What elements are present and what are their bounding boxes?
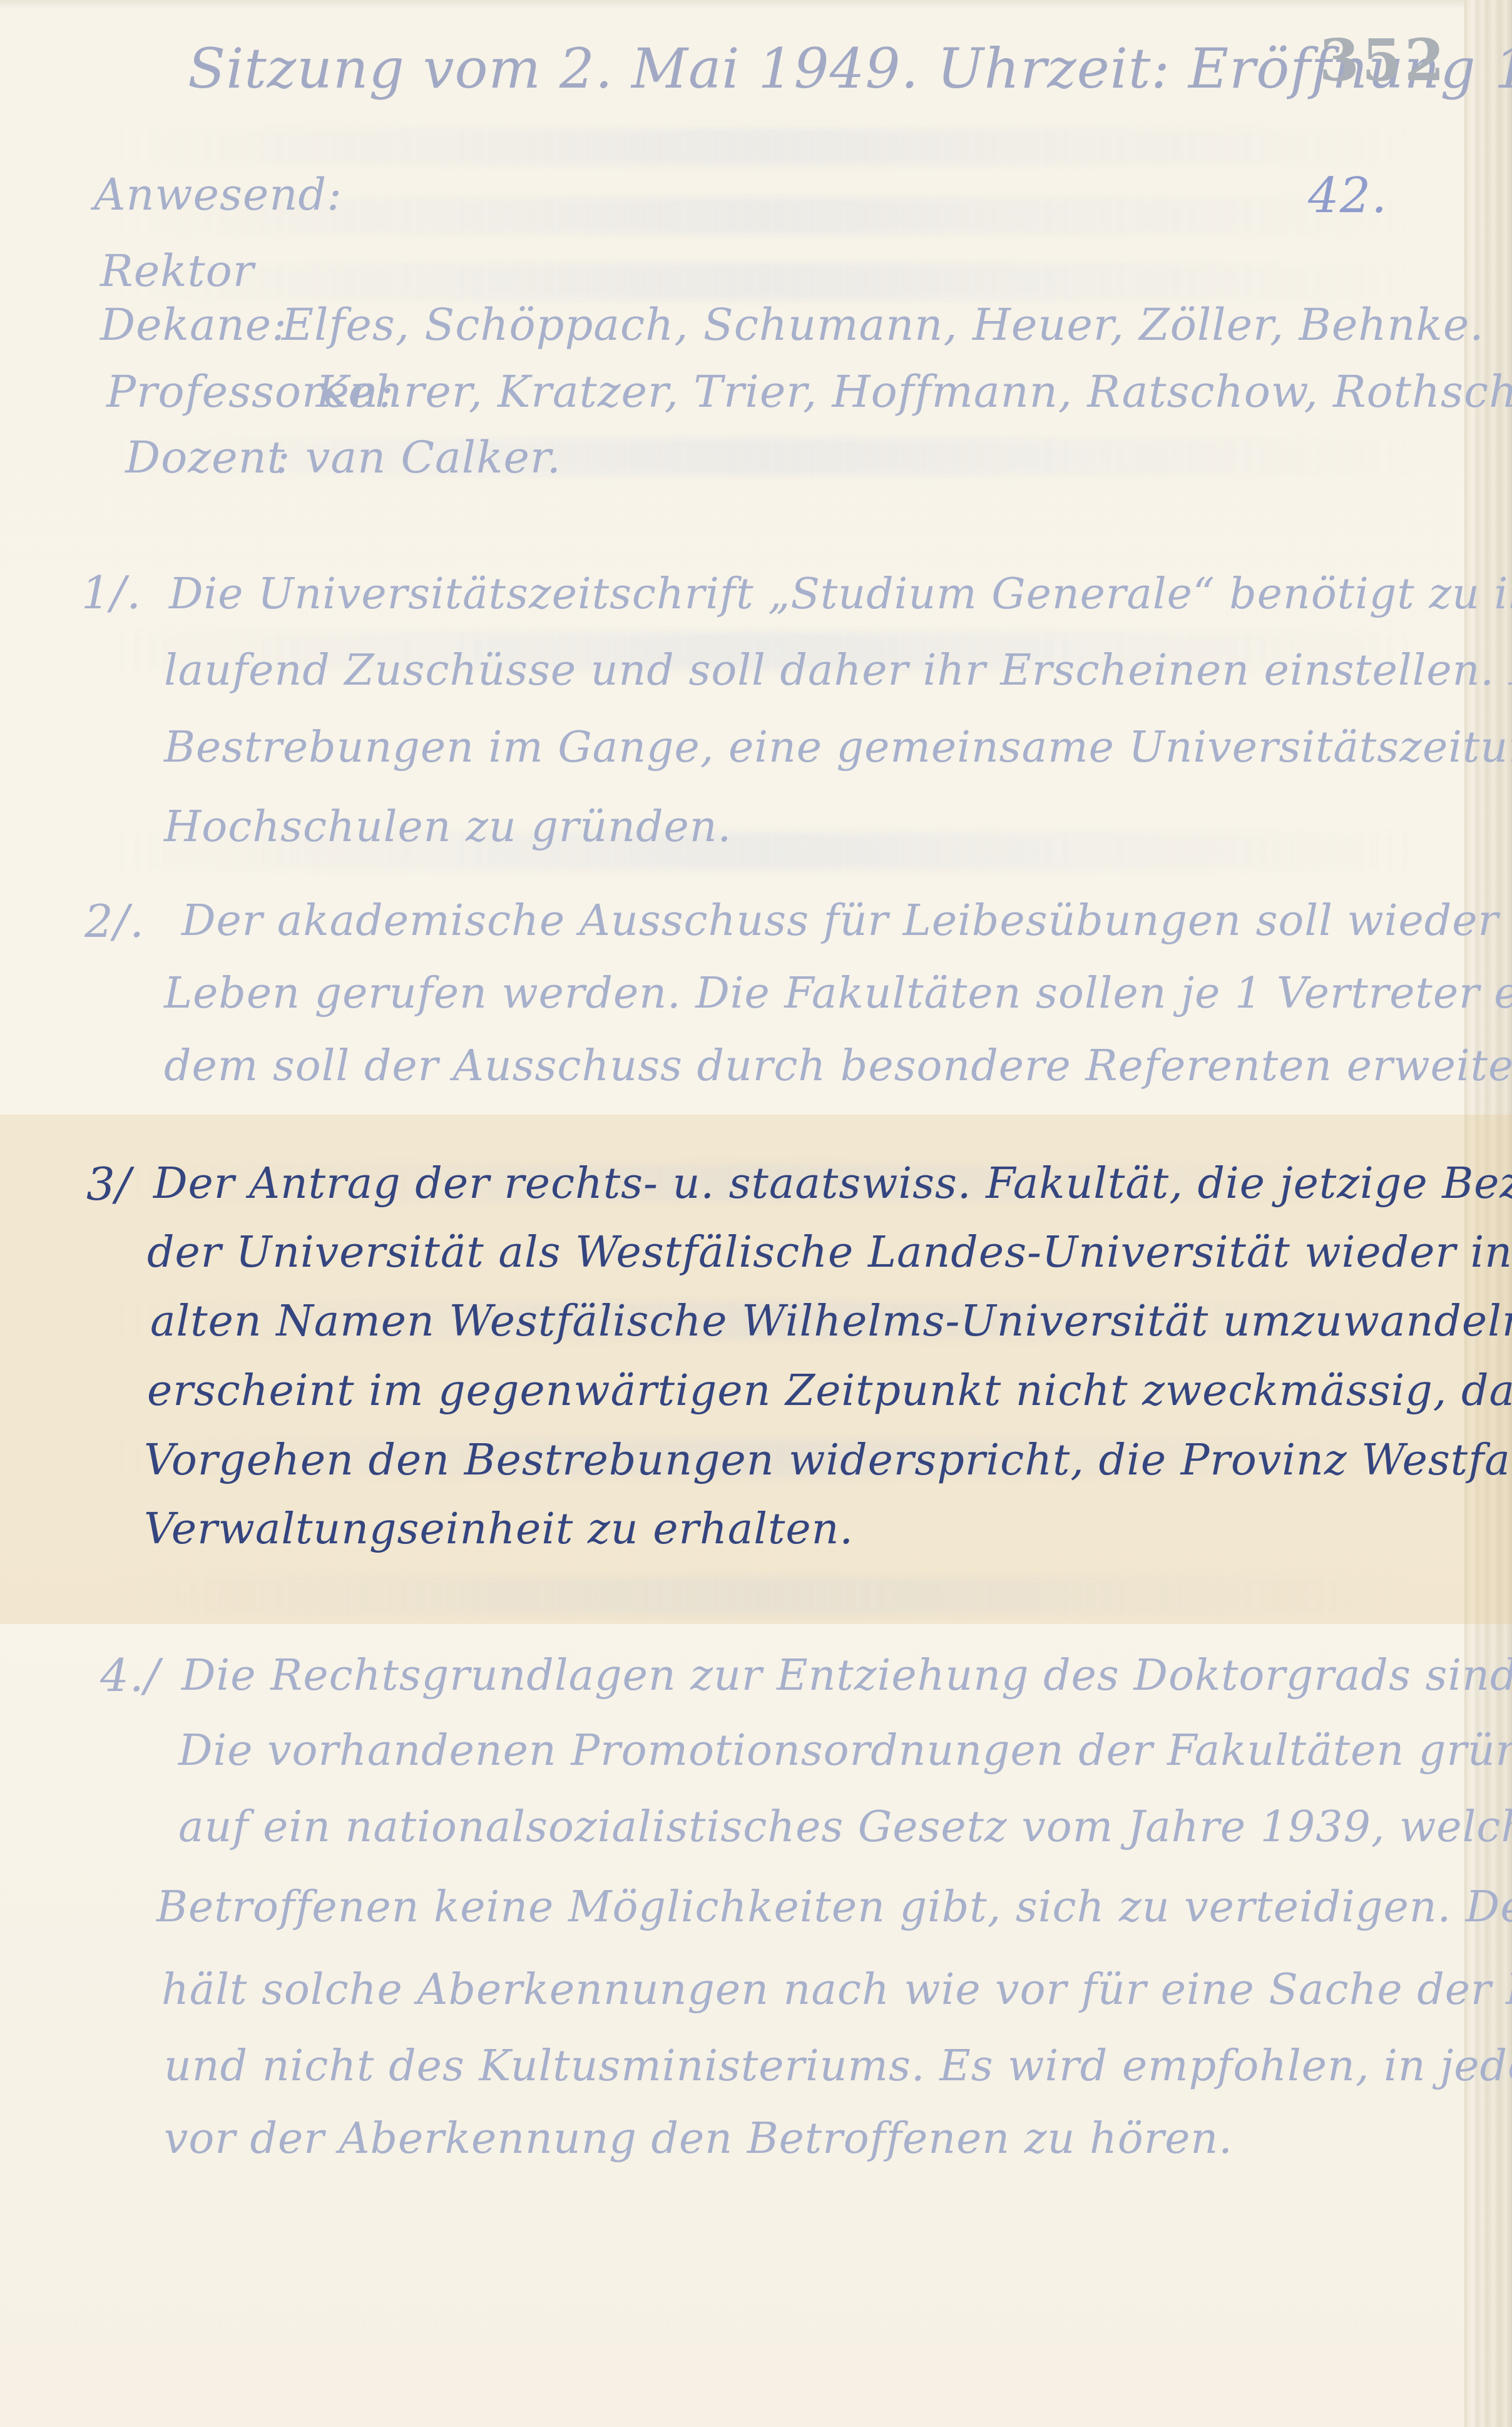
item-number: 2/. [84,895,145,948]
attendance-role-dekane: Dekane: [100,299,287,350]
item-2-line: Leben gerufen werden. Die Fakultäten sol… [164,969,1512,1018]
attendance-role-dozent: Dozent [125,432,285,483]
attendance-label: Anwesend: [94,169,342,220]
bleed-through [113,263,1414,300]
item-1-line: laufend Zuschüsse und soll daher ihr Ers… [164,646,1512,695]
item-4-line: hält solche Aberkennungen nach wie vor f… [161,1965,1512,2015]
item-3-line: alten Namen Westfälische Wilhelms-Univer… [150,1297,1512,1346]
item-1-line: Die Universitätszeitschrift „Studium Gen… [169,570,1512,619]
item-1-line: Bestrebungen im Gange, eine gemeinsame U… [164,723,1512,772]
item-1-line: Hochschulen zu gründen. [164,802,732,852]
item-number: 4./ [100,1649,160,1702]
item-2-line: dem soll der Ausschuss durch besondere R… [164,1041,1512,1091]
attendance-role-rektor: Rektor [100,245,254,297]
meeting-title: Sitzung vom 2. Mai 1949. Uhrzeit: Eröffn… [188,36,1512,101]
item-4-line: vor der Aberkennung den Betroffenen zu h… [164,2114,1233,2164]
item-4-line: Die Rechtsgrundlagen zur Entziehung des … [181,1651,1512,1700]
item-number: 3/ [86,1158,131,1210]
item-number: 1/. [81,566,141,619]
item-3-line: der Universität als Westfälische Landes-… [147,1228,1512,1277]
page-number-stamp: 352 [1319,26,1447,94]
item-3-line: Vorgehen den Bestrebungen widerspricht, … [144,1436,1512,1485]
margin-number: 42. [1308,168,1387,224]
bleed-through [113,1577,1414,1615]
item-4-line: Betroffenen keine Möglichkeiten gibt, si… [156,1883,1512,1932]
item-3-line: Verwaltungseinheit zu erhalten. [144,1505,854,1554]
attendance-names-professoren: Kehrer, Kratzer, Trier, Hoffmann, Ratsch… [316,366,1512,417]
bleed-through [113,128,1414,166]
item-3-line: Der Antrag der rechts- u. staatswiss. Fa… [153,1159,1512,1208]
item-3-line: erscheint im gegenwärtigen Zeitpunkt nic… [147,1366,1512,1416]
item-4-line: und nicht des Kultusministeriums. Es wir… [164,2041,1512,2091]
attendance-names-dozent: : van Calker. [275,432,561,483]
item-2-line: Der akademische Ausschuss für Leibesübun… [181,896,1512,946]
item-4-line: auf ein nationalsozialistisches Gesetz v… [178,1802,1512,1852]
attendance-names-dekane: Elfes, Schöppach, Schumann, Heuer, Zölle… [282,299,1484,350]
item-4-line: Die vorhandenen Promotionsordnungen der … [178,1726,1512,1776]
